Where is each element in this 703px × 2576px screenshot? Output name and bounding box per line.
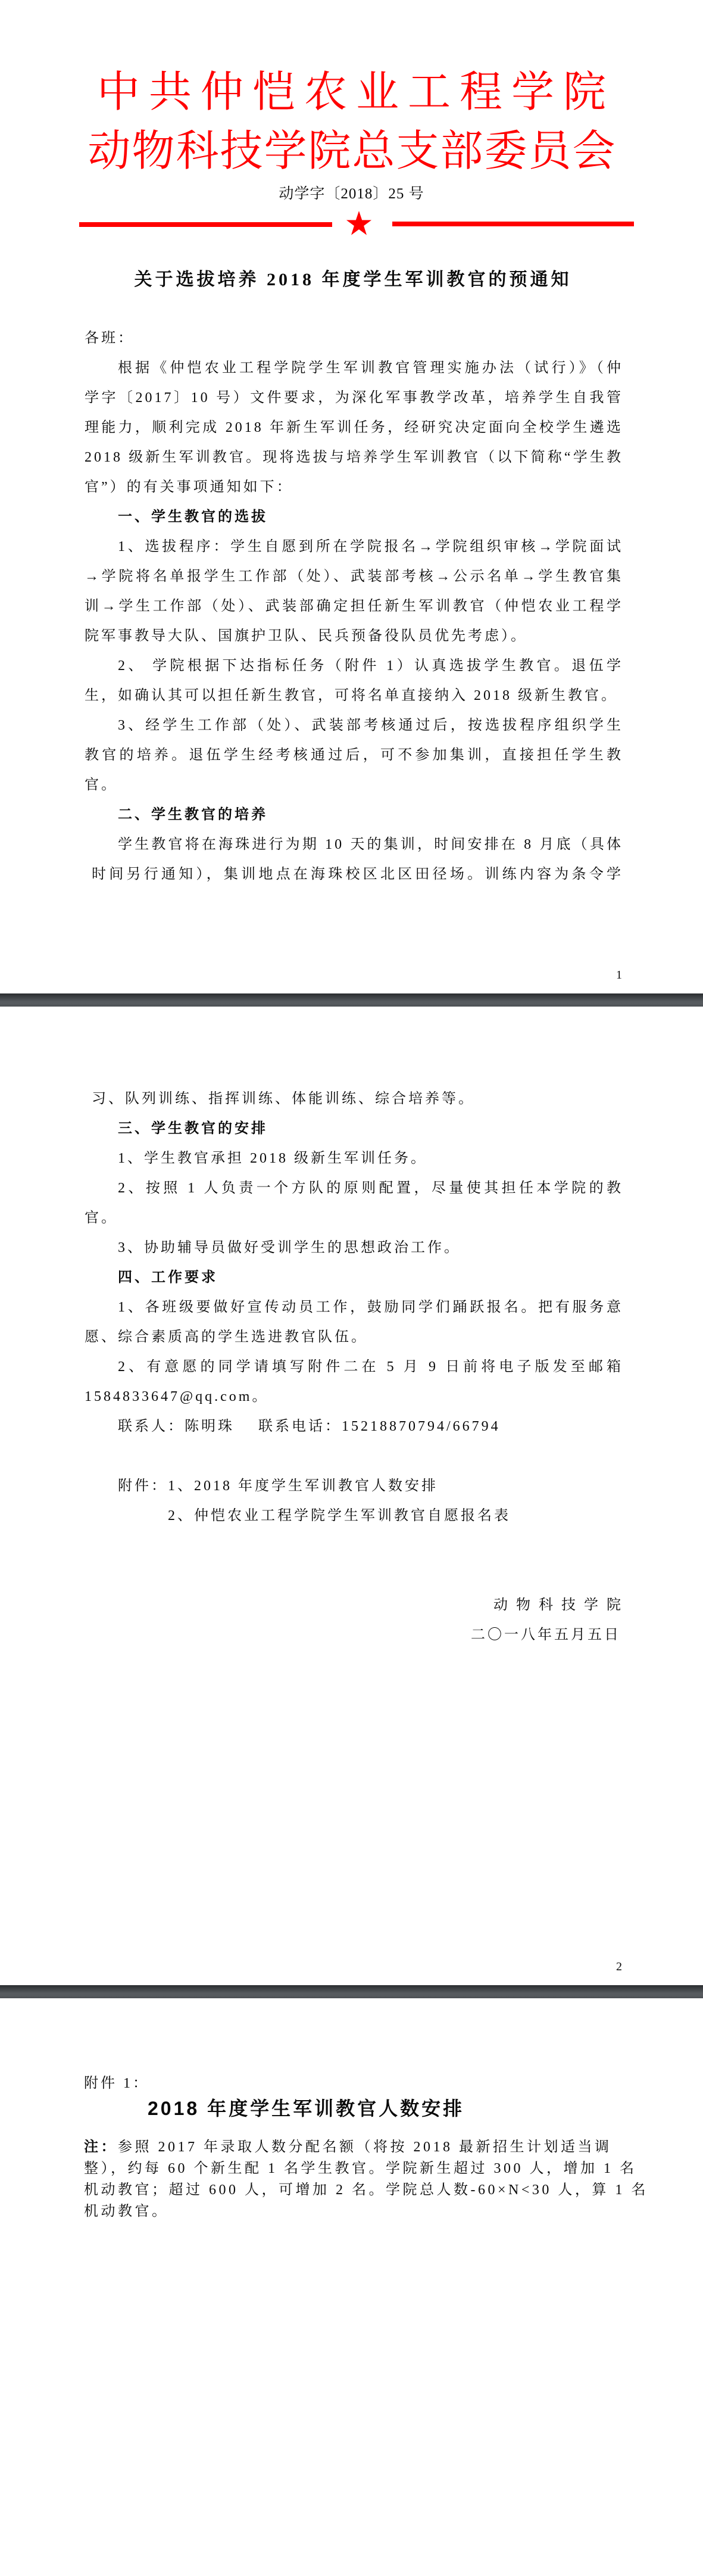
- note-line: 整），约每 60 个新生配 1 名学生教官。学院新生超过 300 人，增加 1 …: [84, 2158, 632, 2179]
- page-1: 中共仲恺农业工程学院 动物科技学院总支部委员会 动学字〔2018〕25 号 关于…: [0, 0, 703, 993]
- list-item-line: 1、选拔程序：学生自愿到所在学院报名→学院组织审核→学院面试: [85, 532, 623, 562]
- red-star-icon-svg: [346, 211, 372, 236]
- list-item-line: 官。: [85, 770, 623, 800]
- contact-phone: 15218870794/66794: [342, 1419, 501, 1434]
- list-item-line: 3、协助辅导员做好受训学生的思想政治工作。: [85, 1233, 623, 1263]
- section-heading: 四、工作要求: [85, 1263, 623, 1292]
- list-item-line: 2、 学院根据下达指标任务（附件 1）认真选拔学生教官。退伍学: [85, 651, 623, 681]
- intro-line: 2018 级新生军训教官。现将选拔与培养学生军训教官（以下简称“学生教: [85, 443, 623, 472]
- section-heading: 三、学生教官的安排: [85, 1114, 623, 1144]
- red-star-icon: [346, 211, 372, 236]
- attachment-label: 附件 1：: [84, 2073, 149, 2094]
- list-item-line: 训→学生工作部（处）、武装部确定担任新生军训教官（仲恺农业工程学: [85, 591, 623, 621]
- notice-body: 各班： 根据《仲恺农业工程学院学生军训教官管理实施办法（试行）》（仲 学字〔20…: [85, 323, 623, 889]
- list-item-line: 教官的培养。退伍学生经考核通过后，可不参加集训，直接担任学生教: [85, 740, 623, 770]
- blank-line: [85, 1441, 623, 1471]
- signature-date: 二〇一八年五月五日: [85, 1620, 623, 1650]
- note-line: 机动教官。: [84, 2201, 632, 2222]
- list-item-line: 生，如确认其可以担任新生教官，可将名单直接纳入 2018 级新生教官。: [85, 681, 623, 711]
- red-divider-right: [392, 222, 634, 226]
- intro-line: 理能力，顺利完成 2018 年新生军训任务，经研究决定面向全校学生遴选: [85, 413, 623, 443]
- contact-person-label: 联系人：: [118, 1419, 185, 1434]
- attachments-label: 附件：: [118, 1478, 168, 1494]
- attachment-item: 2、仲恺农业工程学院学生军训教官自愿报名表: [85, 1501, 623, 1531]
- intro-line: 学字〔2017〕10 号）文件要求，为深化军事教学改革，培养学生自我管: [85, 383, 623, 413]
- issuer-line-1: 中共仲恺农业工程学院: [0, 67, 703, 117]
- page-separator: [0, 1985, 703, 1998]
- blank-line: [85, 1531, 623, 1560]
- notice-body-continued: 习、队列训练、指挥训练、体能训练、综合培养等。 三、学生教官的安排 1、学生教官…: [85, 1084, 623, 1650]
- section-heading: 一、学生教官的选拔: [85, 502, 623, 532]
- contact-line: 联系人：陈明珠联系电话：15218870794/66794: [85, 1412, 623, 1441]
- notice-title: 关于选拔培养 2018 年度学生军训教官的预通知: [0, 268, 703, 292]
- contact-phone-label: 联系电话：: [258, 1419, 342, 1434]
- page-2: 习、队列训练、指挥训练、体能训练、综合培养等。 三、学生教官的安排 1、学生教官…: [0, 1007, 703, 1985]
- paragraph-line: 习、队列训练、指挥训练、体能训练、综合培养等。: [85, 1084, 623, 1114]
- list-item-line: 愿、综合素质高的学生选进教官队伍。: [85, 1322, 623, 1352]
- note-line: 注：参照 2017 年录取人数分配名额（将按 2018 最新招生计划适当调: [84, 2136, 632, 2158]
- page-number: 2: [613, 1960, 625, 1974]
- red-divider-left: [79, 222, 332, 227]
- list-item-line: 3、经学生工作部（处）、武装部考核通过后，按选拔程序组织学生: [85, 711, 623, 740]
- page-number: 1: [613, 968, 625, 982]
- page-3: 附件 1： 2018 年度学生军训教官人数安排 注：参照 2017 年录取人数分…: [0, 1998, 703, 2576]
- document-number: 动学字〔2018〕25 号: [0, 185, 703, 204]
- paragraph-line: 时间另行通知），集训地点在海珠校区北区田径场。训练内容为条令学: [85, 859, 623, 889]
- list-item-line: 1、各班级要做好宣传动员工作，鼓励同学们踊跃报名。把有服务意: [85, 1292, 623, 1322]
- list-item-line: →学院将名单报学生工作部（处）、武装部考核→公示名单→学生教官集: [85, 562, 623, 591]
- salutation: 各班：: [85, 323, 623, 353]
- issuer-line-2: 动物科技学院总支部委员会: [0, 126, 703, 176]
- intro-line: 根据《仲恺农业工程学院学生军训教官管理实施办法（试行）》（仲: [85, 353, 623, 383]
- list-item-line: 官。: [85, 1203, 623, 1233]
- attachment-item: 1、2018 年度学生军训教官人数安排: [168, 1478, 438, 1494]
- list-item-line: 2、按照 1 人负责一个方队的原则配置，尽量使其担任本学院的教: [85, 1173, 623, 1203]
- page-separator: [0, 993, 703, 1007]
- note-line: 机动教官；超过 600 人，可增加 2 名。学院总人数-60×N<30 人，算 …: [84, 2179, 632, 2201]
- attachment-line: 附件：1、2018 年度学生军训教官人数安排: [85, 1471, 623, 1501]
- blank-line: [85, 1560, 623, 1590]
- intro-line: 官”）的有关事项通知如下：: [85, 472, 623, 502]
- email-address: 1584833647@qq.com。: [85, 1382, 623, 1412]
- list-item-line: 2、有意愿的同学请填写附件二在 5 月 9 日前将电子版发至邮箱: [85, 1352, 623, 1382]
- signature-org: 动 物 科 技 学 院: [85, 1590, 623, 1620]
- attachment-title: 2018 年度学生军训教官人数安排: [148, 2097, 464, 2120]
- paragraph-line: 学生教官将在海珠进行为期 10 天的集训，时间安排在 8 月底（具体: [85, 830, 623, 859]
- list-item-line: 1、学生教官承担 2018 级新生军训任务。: [85, 1144, 623, 1173]
- note-label: 注：: [84, 2139, 118, 2155]
- list-item-line: 院军事教导大队、国旗护卫队、民兵预备役队员优先考虑）。: [85, 621, 623, 651]
- allocation-note: 注：参照 2017 年录取人数分配名额（将按 2018 最新招生计划适当调 整）…: [84, 2136, 632, 2222]
- contact-person: 陈明珠: [185, 1419, 235, 1434]
- section-heading: 二、学生教官的培养: [85, 800, 623, 830]
- note-text: 参照 2017 年录取人数分配名额（将按 2018 最新招生计划适当调: [118, 2139, 612, 2155]
